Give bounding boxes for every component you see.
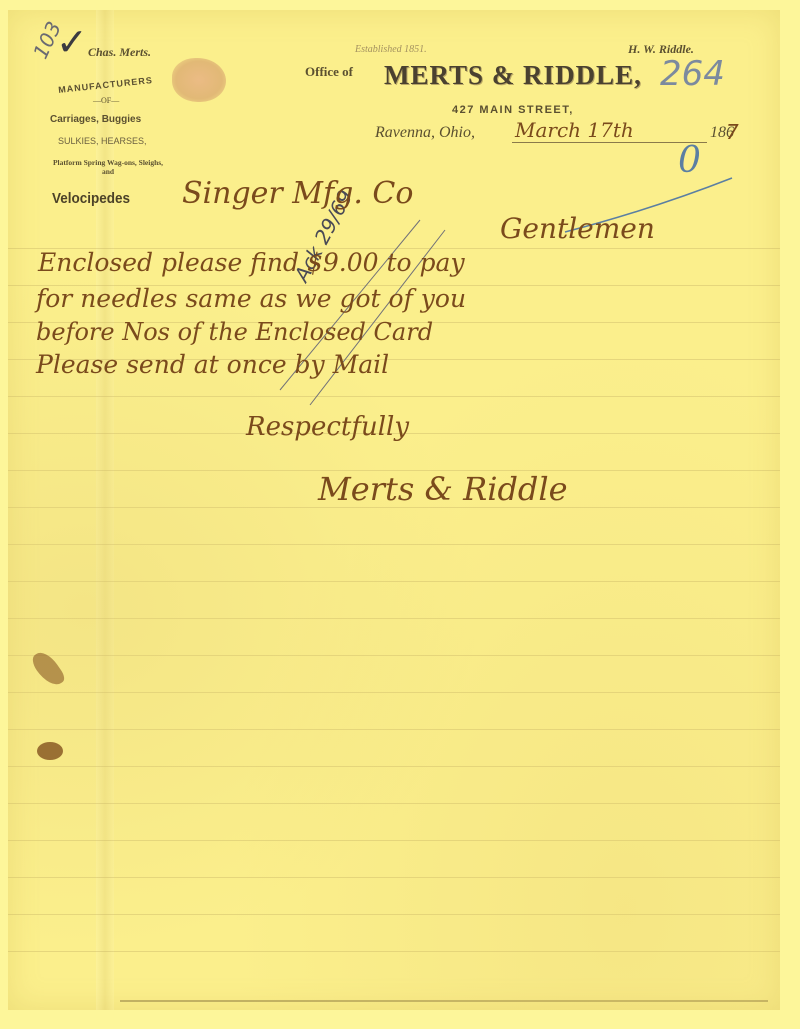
bottom-rule <box>120 1000 768 1002</box>
stain-spot <box>37 742 63 760</box>
body-line-2: for needles same as we got of you <box>36 284 466 313</box>
firm-name: MERTS & RIDDLE, <box>384 60 642 91</box>
of-label: —OF— <box>93 96 119 105</box>
proprietor-left: Chas. Merts. <box>88 45 151 60</box>
body-line-1: Enclosed please find $9.00 to pay <box>38 248 465 277</box>
product-line-2: SULKIES, HEARSES, <box>58 136 147 146</box>
product-line-4: Velocipedes <box>52 190 130 207</box>
top-right-number: 264 <box>660 54 725 94</box>
year-handwritten: 7 <box>726 120 739 144</box>
closing: Respectfully <box>246 412 409 442</box>
body-line-4: Please send at once by Mail <box>36 350 389 379</box>
product-line-3: Platform Spring Wag-ons, Sleighs, and <box>48 158 168 176</box>
street-address: 427 MAIN STREET, <box>452 104 574 116</box>
letter-date: March 17th <box>515 118 634 142</box>
office-of-label: Office of <box>305 64 353 80</box>
ink-stain <box>172 58 226 102</box>
salutation: Gentlemen <box>500 212 655 245</box>
signature: Merts & Riddle <box>318 470 568 508</box>
body-line-3: before Nos of the Enclosed Card <box>36 318 433 346</box>
product-line-1: Carriages, Buggies <box>50 114 141 125</box>
city-label: Ravenna, Ohio, <box>375 124 475 142</box>
established-label: Established 1851. <box>355 44 427 55</box>
addressee: Singer Mfg. Co <box>182 176 413 211</box>
check-mark-icon: ✓ <box>56 20 88 64</box>
